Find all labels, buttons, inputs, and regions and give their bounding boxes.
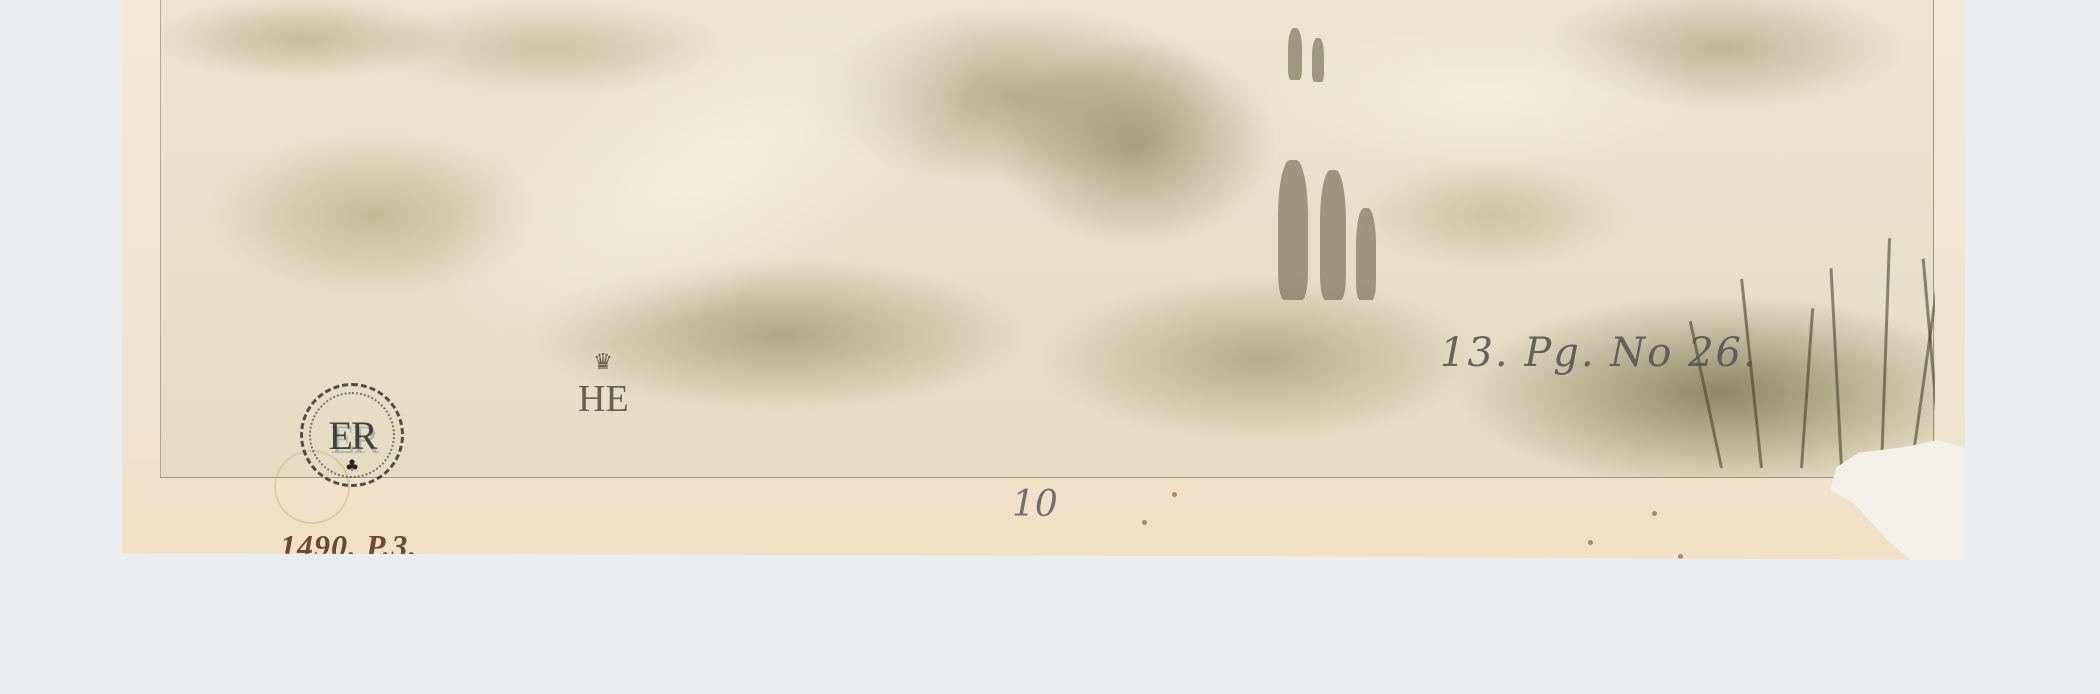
- reed: [1880, 238, 1891, 468]
- figure-traveller-2: [1320, 170, 1346, 300]
- folio-number: 10: [1012, 484, 1058, 525]
- foxing-spot: [1678, 554, 1683, 559]
- figure-distant-2: [1312, 38, 1324, 82]
- figure-distant-1: [1288, 28, 1302, 80]
- foxing-spot: [1142, 520, 1147, 525]
- sandy-path: [384, 0, 1036, 426]
- foxing-spot: [1172, 492, 1177, 497]
- drawing-image-area: 13. Pg. No 26.: [160, 0, 1935, 478]
- plate-border-bottom: [160, 477, 1934, 478]
- ink-inventory-number: 1490. P.3.: [280, 528, 417, 565]
- foxing-spot: [1652, 511, 1657, 516]
- figure-traveller-1: [1278, 160, 1308, 300]
- paper-sheet: 13. Pg. No 26. ER ♣ ♛ HE 10 1490. P.3.: [122, 0, 1965, 560]
- pencil-reference-note: 13. Pg. No 26.: [1440, 330, 1758, 376]
- plate-border-right: [1933, 0, 1934, 478]
- stamp-initials: ER: [303, 412, 401, 459]
- collector-stamp: ER ♣: [300, 383, 404, 487]
- reed: [1800, 308, 1814, 468]
- reed: [1830, 268, 1843, 468]
- fleur-de-lis-icon: ♣: [303, 456, 401, 475]
- crown-icon: ♛: [578, 352, 628, 374]
- plate-border-left: [160, 0, 161, 478]
- figure-child: [1356, 208, 1376, 300]
- crowned-monogram: ♛ HE: [578, 352, 628, 444]
- foxing-spot: [1588, 540, 1593, 545]
- monogram-letters: HE: [578, 374, 628, 424]
- sky-opening: [1260, 20, 1710, 170]
